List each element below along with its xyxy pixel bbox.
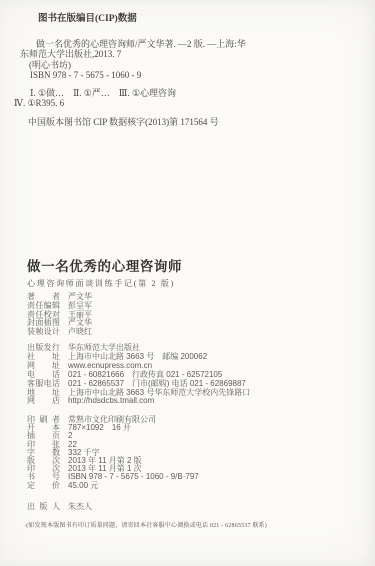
cip-classification-line-1: Ⅰ. ①做… Ⅱ. ①严… Ⅲ. ①心理咨询 [30,88,375,99]
copyright-page: 图书在版编目(CIP)数据 做一名优秀的心理咨询师/严文华著. —2 版. —上… [0,0,375,566]
publisher-block: 出版发行 华东师范大学出版社 社址 上海市中山北路 3663 号 邮编 2000… [27,344,250,406]
cip-header: 图书在版编目(CIP)数据 [38,14,375,25]
quality-footnote: ·(如发现本版图书有印订质量问题，请寄回本社客服中心调换或电话 021 - 62… [24,520,367,529]
book-subtitle: 心理咨询师面谈训练手记(第 2 版) [27,278,182,289]
publisher-person-block: 出版人 朱杰人 [27,502,92,511]
publisher-person-row: 出版人 朱杰人 [27,502,92,511]
title-block: 做一名优秀的心理咨询师 心理咨询师面谈训练手记(第 2 版) [27,255,182,289]
row-value: 787×1092 16 开 [68,424,131,432]
cip-block: 图书在版编目(CIP)数据 做一名优秀的心理咨询师/严文华著. —2 版. —上… [0,14,375,127]
row-label: 网店 [27,397,60,406]
cip-classification-line-2: Ⅳ. ①R395. 6 [14,98,375,109]
printing-block: 印刷者 常熟市文化印刷有限公司 开本 787×1092 16 开 插页 2 印张… [27,416,199,490]
printing-row: 定价 45.00 元 [27,482,199,490]
cip-series: (明心书坊) [29,60,375,71]
publisher-store-url: http://hdsdcbs.tmall.com [68,397,154,406]
publisher-row: 网店 http://hdsdcbs.tmall.com [27,397,250,406]
price-value: 45.00 元 [68,482,98,490]
cip-registry-number: 中国版本图书馆 CIP 数据核字(2013)第 171564 号 [28,117,375,128]
cip-entry-line-1: 做一名优秀的心理咨询师/严文华著. —2 版. —上海:华 [36,39,375,50]
row-label: 装帧设计 [27,328,60,337]
credits-row: 装帧设计 卢晓红 [27,328,92,337]
row-value: 朱杰人 [68,502,92,511]
row-label: 定价 [27,482,60,490]
cip-entry-line-2: 东师范大学出版社,2013. 7 [20,49,375,60]
row-value: 卢晓红 [68,328,92,337]
row-label: 出版人 [27,502,60,511]
credits-block: 著者 严文华 责任编辑 彭呈军 责任校对 王丽平 封面插图 严文华 装帧设计 卢… [27,293,92,337]
book-title: 做一名优秀的心理咨询师 [27,255,182,275]
cip-isbn: ISBN 978 - 7 - 5675 - 1060 - 9 [30,70,375,81]
